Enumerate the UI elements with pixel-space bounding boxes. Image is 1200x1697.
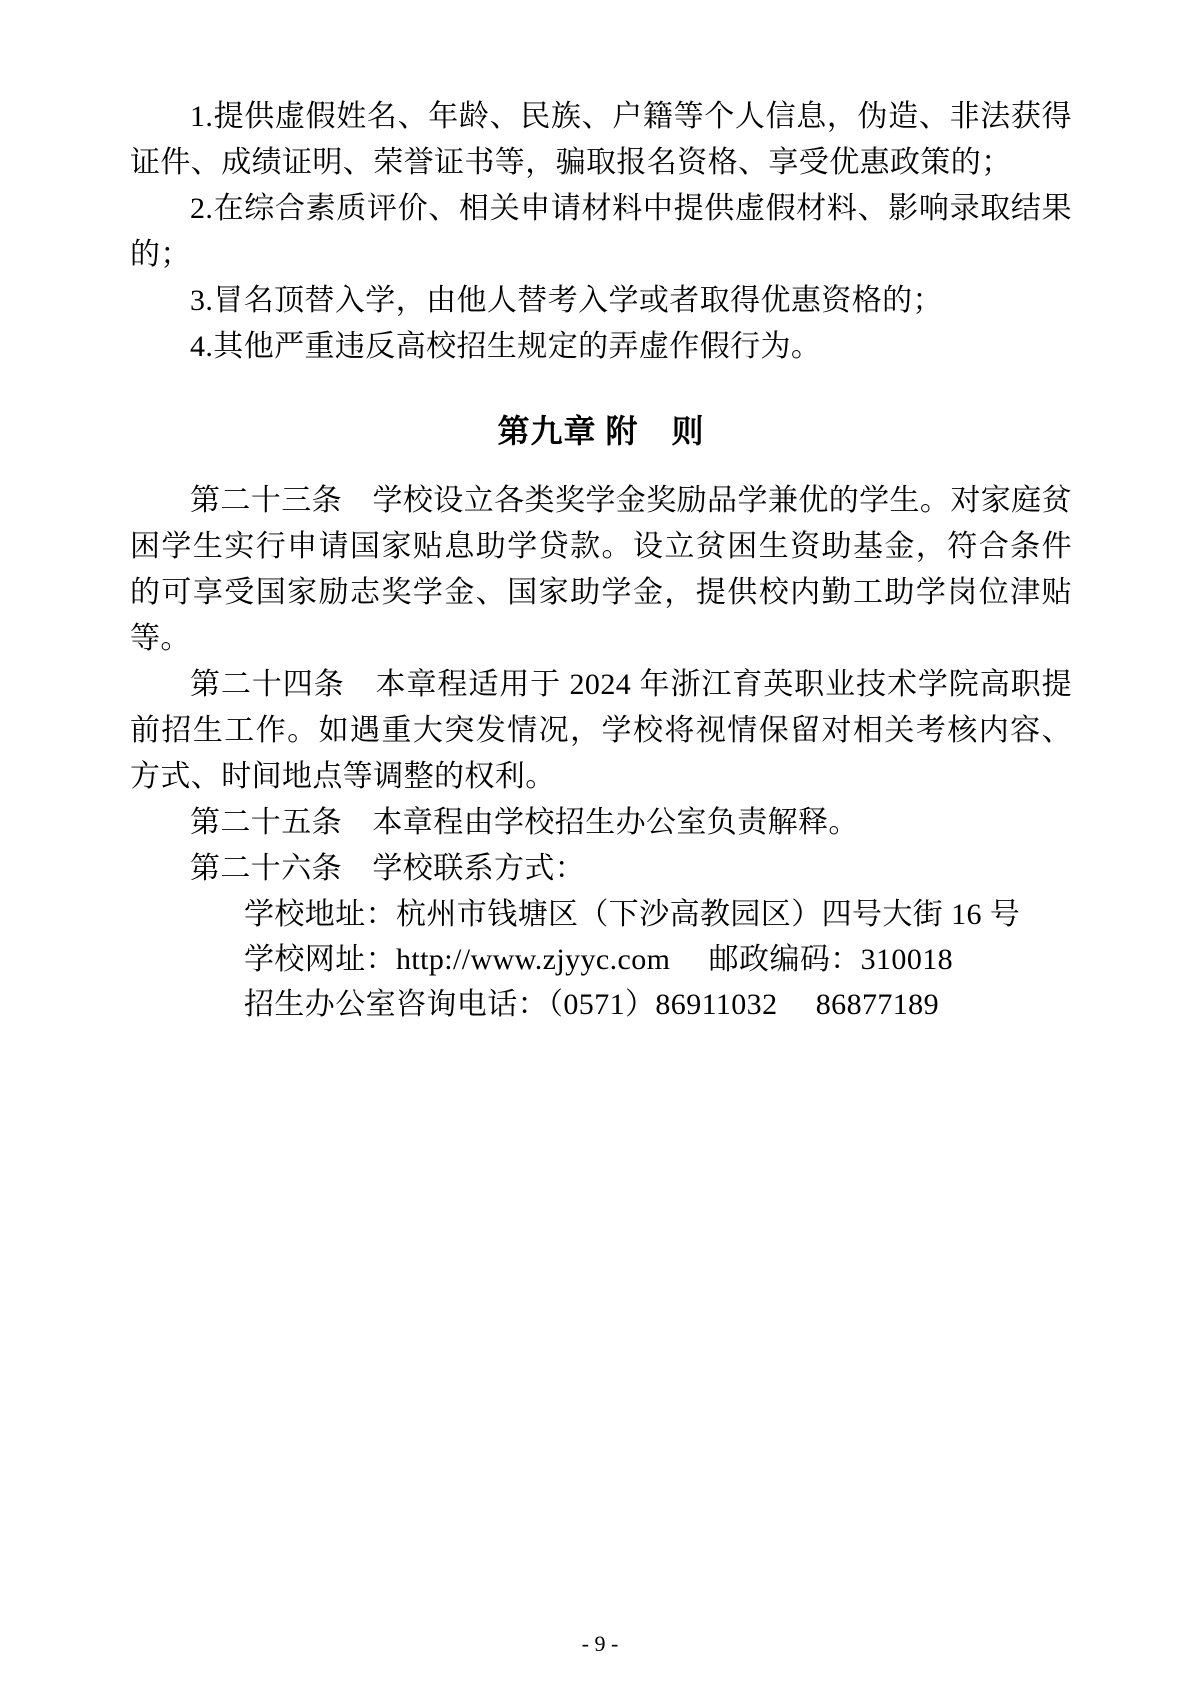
page-number: - 9 - (0, 1631, 1200, 1657)
page-content: 1.提供虚假姓名、年龄、民族、户籍等个人信息，伪造、非法获得证件、成绩证明、荣誉… (130, 94, 1072, 1027)
chapter-heading: 第九章 附 则 (130, 408, 1072, 454)
document-page: 1.提供虚假姓名、年龄、民族、户籍等个人信息，伪造、非法获得证件、成绩证明、荣誉… (0, 0, 1200, 1697)
contact-line-address: 学校地址：杭州市钱塘区（下沙高教园区）四号大街 16 号 (244, 892, 1072, 937)
violation-item-2: 2.在综合素质评价、相关申请材料中提供虚假材料、影响录取结果的； (130, 186, 1072, 278)
article-24: 第二十四条 本章程适用于 2024 年浙江育英职业技术学院高职提前招生工作。如遇… (130, 662, 1072, 800)
contact-line-website-postcode: 学校网址：http://www.zjyyc.com 邮政编码：310018 (244, 937, 1072, 982)
violation-item-1: 1.提供虚假姓名、年龄、民族、户籍等个人信息，伪造、非法获得证件、成绩证明、荣誉… (130, 94, 1072, 186)
article-25: 第二十五条 本章程由学校招生办公室负责解释。 (130, 800, 1072, 846)
violation-item-4: 4.其他严重违反高校招生规定的弄虚作假行为。 (130, 324, 1072, 370)
violation-item-3: 3.冒名顶替入学，由他人替考入学或者取得优惠资格的； (130, 278, 1072, 324)
contact-line-phone: 招生办公室咨询电话：（0571）86911032 86877189 (244, 982, 1072, 1027)
contact-block: 学校地址：杭州市钱塘区（下沙高教园区）四号大街 16 号 学校网址：http:/… (130, 892, 1072, 1027)
article-26: 第二十六条 学校联系方式： (130, 846, 1072, 892)
article-23: 第二十三条 学校设立各类奖学金奖励品学兼优的学生。对家庭贫困学生实行申请国家贴息… (130, 478, 1072, 662)
